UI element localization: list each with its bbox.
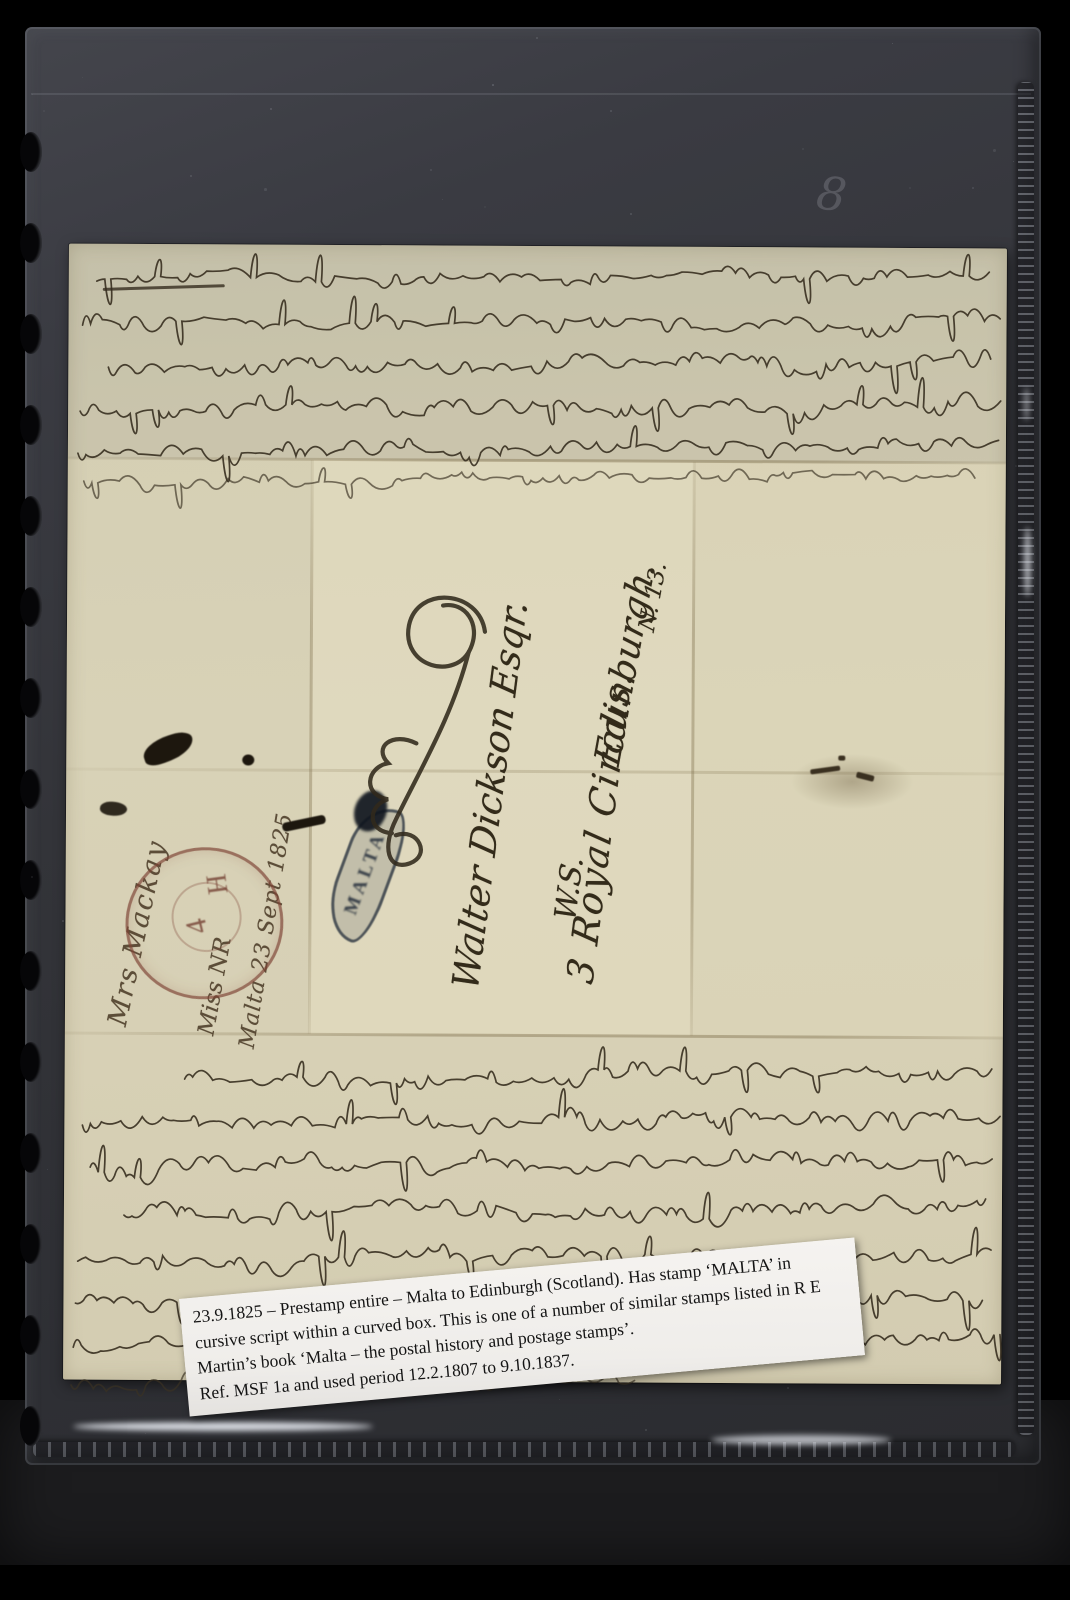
ink-dot [242,754,254,765]
binder-hole-notch [20,132,42,172]
dust-speck [645,1429,647,1431]
dust-speck [787,1387,789,1389]
dust-speck [31,876,33,878]
fold-crease [690,462,696,1036]
dust-speck [909,187,911,189]
plastic-glint [711,1435,891,1445]
binder-hole-notch [20,496,42,536]
dust-speck [145,1433,146,1434]
dust-speck [972,187,974,189]
binder-hole-notch [20,405,42,445]
faint-pencil-mark: 8 [813,165,850,223]
fold-crease [308,460,314,1034]
binder-hole-notch [20,1315,42,1355]
dust-speck [536,37,538,39]
ink-blot [99,800,128,818]
plastic-glint [1024,527,1031,597]
binder-hole-notch [20,223,42,263]
binder-hole-notch [20,1224,42,1264]
handwriting-line [84,455,974,501]
dust-speck [1013,161,1014,162]
binder-hole-notch [20,951,42,991]
sleeve-top-seam [31,93,1031,95]
binder-hole-notch [20,678,42,718]
plastic-glint [73,1422,373,1431]
sleeve-bottom-weld-seam [33,1442,1015,1457]
handwriting-line [90,1137,982,1191]
album-page-photo: 8 Mrs Mackay Miss NR Malta 23 Sept 1825 [0,0,1070,1600]
dust-speck [892,43,893,44]
dust-speck [430,169,432,171]
binder-hole-notch [20,1406,42,1446]
seal-smudge-mark [838,756,845,761]
dust-speck [630,213,632,215]
sleeve-right-weld-seam [1018,82,1034,1435]
ink-blot [140,729,197,769]
dust-speck [43,110,45,112]
dust-speck [802,148,804,150]
binder-hole-notch [20,860,42,900]
dust-speck [190,175,192,177]
dust-speck [993,149,996,152]
dust-speck [47,1169,48,1170]
prestamp-letter-back: Mrs Mackay Miss NR Malta 23 Sept 1825 H … [63,244,1007,1385]
dust-speck [484,206,486,208]
binder-hole-notch [20,769,42,809]
paper-shading [691,462,1006,1038]
dust-speck [492,84,494,86]
dust-speck [270,108,272,110]
dust-speck [82,77,83,78]
binder-hole-notch [20,587,42,627]
binder-hole-notch [20,1133,42,1173]
binder-hole-notch [20,1042,42,1082]
dust-speck [610,110,612,112]
dust-speck [1015,465,1017,467]
dust-speck [62,920,64,922]
seal-smudge [790,753,914,810]
dust-speck [264,188,267,191]
binder-hole-notch [20,314,42,354]
plastic-glint [1024,387,1029,421]
dust-speck [442,199,443,200]
